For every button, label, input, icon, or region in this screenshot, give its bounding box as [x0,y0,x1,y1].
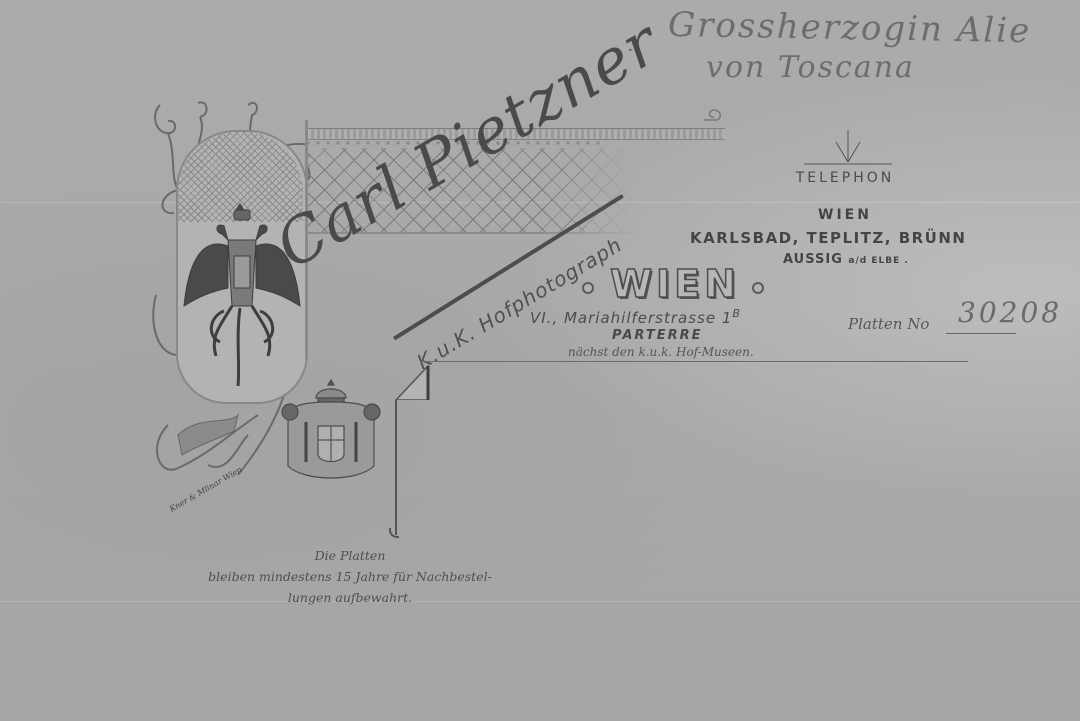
telephon-label: TELEPHON [720,170,970,186]
studio-landmark: nächst den k.u.k. Hof-Museen. [568,345,754,359]
divider-rule [420,361,968,362]
branch-line-3: AUSSIG a/d ELBE . [783,252,909,267]
telephone-rays-icon [800,128,895,168]
handwritten-line-2: von Toscana [706,50,915,85]
frame-stem [395,400,397,535]
folded-corner-icon [394,364,430,400]
studio-floor: PARTERRE [612,328,702,343]
address-street: VI., Mariahilferstrasse 1 [530,309,732,327]
branch-line-3-main: AUSSIG [783,252,848,267]
handwritten-line-1: Grossherzogin Alie [668,5,1032,51]
frame-end-icon [720,118,730,138]
notice-line-2: bleiben mindestens 15 Jahre für Nachbest… [190,566,510,587]
branch-line-3-small: a/d ELBE . [848,256,908,266]
plate-number-line [946,333,1016,334]
studio-address: VI., Mariahilferstrasse 1B [530,307,741,327]
address-suffix: B [732,307,741,320]
scan-artifact [0,601,1080,602]
crowned-coat-of-arms-icon [278,378,384,488]
plate-number-label: Platten No [848,315,929,333]
branch-line-1: WIEN [720,207,970,223]
notice-line-3: lungen aufbewahrt. [190,587,510,608]
plate-number-value: 30208 [958,296,1062,329]
city-heading: WIEN [590,262,760,306]
ornament-dot [752,282,764,294]
branch-line-2: KARLSBAD, TEPLITZ, BRÜNN [690,229,1000,247]
plate-retention-notice: Die Platten bleiben mindestens 15 Jahre … [190,545,510,608]
notice-line-1: Die Platten [190,545,510,566]
